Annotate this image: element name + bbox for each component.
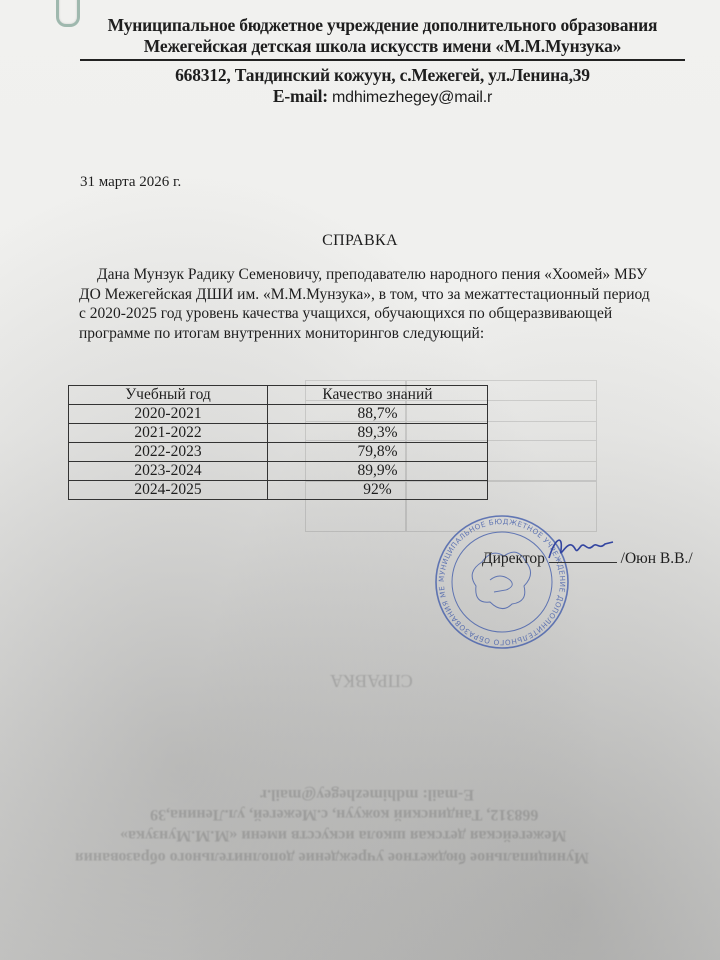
- table-row: 2021-202289,3%: [69, 424, 488, 443]
- cell-year: 2020-2021: [69, 405, 268, 424]
- column-header-quality: Качество знаний: [268, 386, 488, 405]
- cell-quality: 92%: [268, 481, 488, 500]
- cell-year: 2023-2024: [69, 462, 268, 481]
- cell-quality: 89,9%: [268, 462, 488, 481]
- signatory-role: Директор: [482, 550, 545, 567]
- paperclip: [56, 0, 80, 27]
- show-through-line: Муниципальное бюджетное учреждение допол…: [75, 848, 589, 866]
- show-through-title: СПРАВКА: [330, 670, 413, 691]
- letterhead-divider: [80, 59, 685, 61]
- org-name-line-1: Муниципальное бюджетное учреждение допол…: [80, 15, 685, 36]
- document-body: Дана Мунзук Радику Семеновичу, преподава…: [79, 265, 659, 343]
- cell-quality: 79,8%: [268, 443, 488, 462]
- cell-quality: 88,7%: [268, 405, 488, 424]
- signature-line: [549, 548, 617, 563]
- signature-icon: [545, 532, 615, 562]
- cell-quality: 89,3%: [268, 424, 488, 443]
- document-date: 31 марта 2026 г.: [80, 174, 181, 191]
- letterhead: Муниципальное бюджетное учреждение допол…: [80, 15, 685, 108]
- table-row: 2022-202379,8%: [69, 443, 488, 462]
- table-row: 2020-202188,7%: [69, 405, 488, 424]
- org-address: 668312, Тандинский кожуун, с.Межегей, ул…: [80, 65, 685, 86]
- cell-year: 2022-2023: [69, 443, 268, 462]
- email-value: mdhimezhegey@mail.r: [332, 89, 492, 106]
- cell-year: 2021-2022: [69, 424, 268, 443]
- email-label: E-mail:: [273, 86, 328, 106]
- body-paragraph: Дана Мунзук Радику Семеновичу, преподава…: [79, 266, 650, 342]
- table-header-row: Учебный год Качество знаний: [69, 386, 488, 405]
- org-name-line-2: Межегейская детская школа искусств имени…: [80, 36, 685, 57]
- column-header-year: Учебный год: [69, 386, 268, 405]
- table-row: 2023-202489,9%: [69, 462, 488, 481]
- show-through-line: Межегейская детская школа искусств имени…: [120, 826, 566, 844]
- signature-block: Директор /Оюн В.В./: [482, 548, 693, 568]
- org-email: E-mail: mdhimezhegey@mail.r: [80, 86, 685, 108]
- show-through-line: E-mail: mdhimezhegey@mail.r: [260, 785, 474, 803]
- signatory-name: /Оюн В.В./: [621, 550, 693, 567]
- show-through-line: 668312, Тандинский кожуун, с.Межегей, ул…: [150, 805, 538, 823]
- quality-table: Учебный год Качество знаний 2020-202188,…: [68, 385, 488, 500]
- cell-year: 2024-2025: [69, 481, 268, 500]
- table-row: 2024-202592%: [69, 481, 488, 500]
- document-title: СПРАВКА: [0, 232, 720, 250]
